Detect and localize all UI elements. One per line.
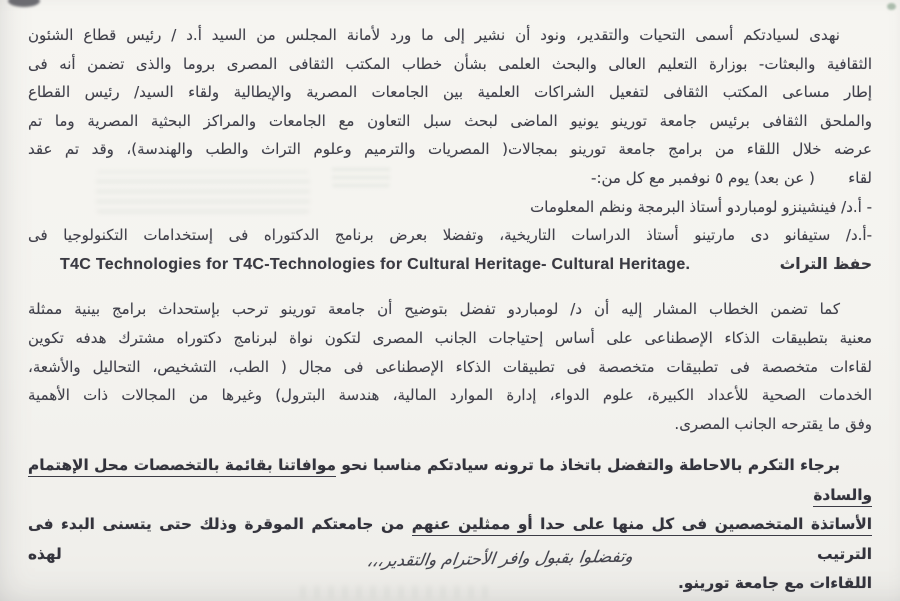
request-text-plain: برجاء التكرم بالاحاطة والتفضل باتخاذ ما … <box>341 456 872 474</box>
heritage-arabic-text: حفظ التراث <box>780 250 872 279</box>
letter-line: الثقافية والبعثات- بوزارة التعليم العالى… <box>28 50 872 79</box>
letter-line: معنية بتطبيقات الذكاء الإصطناعى على أساس… <box>28 324 872 353</box>
scan-artifact-speck <box>887 3 896 10</box>
scan-artifact-corner <box>8 0 40 7</box>
letter-line: عرضه خلال اللقاء من برامج جامعة تورينو ب… <box>28 135 872 164</box>
letter-line: لقاء ( عن بعد) يوم ٥ نوفمبر مع كل من:- <box>28 164 872 193</box>
letter-line: برجاء التكرم بالاحاطة والتفضل باتخاذ ما … <box>28 451 872 510</box>
list-item: - أ.د/ فينشينزو لومباردو أستاذ البرمجة و… <box>28 193 872 222</box>
letter-line: لقاءات متخصصة فى تطبيقات متخصصة فى تطبيق… <box>28 353 872 382</box>
professors-list: - أ.د/ فينشينزو لومباردو أستاذ البرمجة و… <box>28 193 872 250</box>
scanned-letter-page: نهدى لسيادتكم أسمى التحيات والتقدير، ونو… <box>0 0 900 601</box>
letter-line: إطار مساعى المكتب الثقافى لتفعيل الشراكا… <box>28 78 872 107</box>
letter-line: نهدى لسيادتكم أسمى التحيات والتقدير، ونو… <box>28 21 872 50</box>
paragraph-details: كما تضمن الخطاب المشار إليه أن د/ لومبار… <box>28 295 872 438</box>
letter-body: نهدى لسيادتكم أسمى التحيات والتقدير، ونو… <box>28 21 872 599</box>
heritage-english-text: T4C Technologies for T4C-Technologies fo… <box>60 251 690 280</box>
heritage-program-line: حفظ التراث T4C Technologies for T4C-Tech… <box>28 250 872 280</box>
request-text-underlined: الأساتذة المتخصصين فى كل منها على حدا أو… <box>412 515 872 536</box>
letter-line: كما تضمن الخطاب المشار إليه أن د/ لومبار… <box>28 295 872 324</box>
letter-line: اللقاءات مع جامعة تورينو. <box>28 569 872 599</box>
letter-line: الخدمات الصحية للأعداد الكبيرة، علوم الد… <box>28 381 872 410</box>
letter-line: وفق ما يقترحه الجانب المصرى. <box>28 410 872 439</box>
paragraph-intro: نهدى لسيادتكم أسمى التحيات والتقدير، ونو… <box>28 21 872 193</box>
list-item: -أ.د/ ستيفانو دى مارتينو أستاذ الدراسات … <box>28 221 872 250</box>
paragraph-request: برجاء التكرم بالاحاطة والتفضل باتخاذ ما … <box>28 451 872 599</box>
letter-line: والملحق الثقافى برئيس جامعة تورينو يونيو… <box>28 107 872 136</box>
